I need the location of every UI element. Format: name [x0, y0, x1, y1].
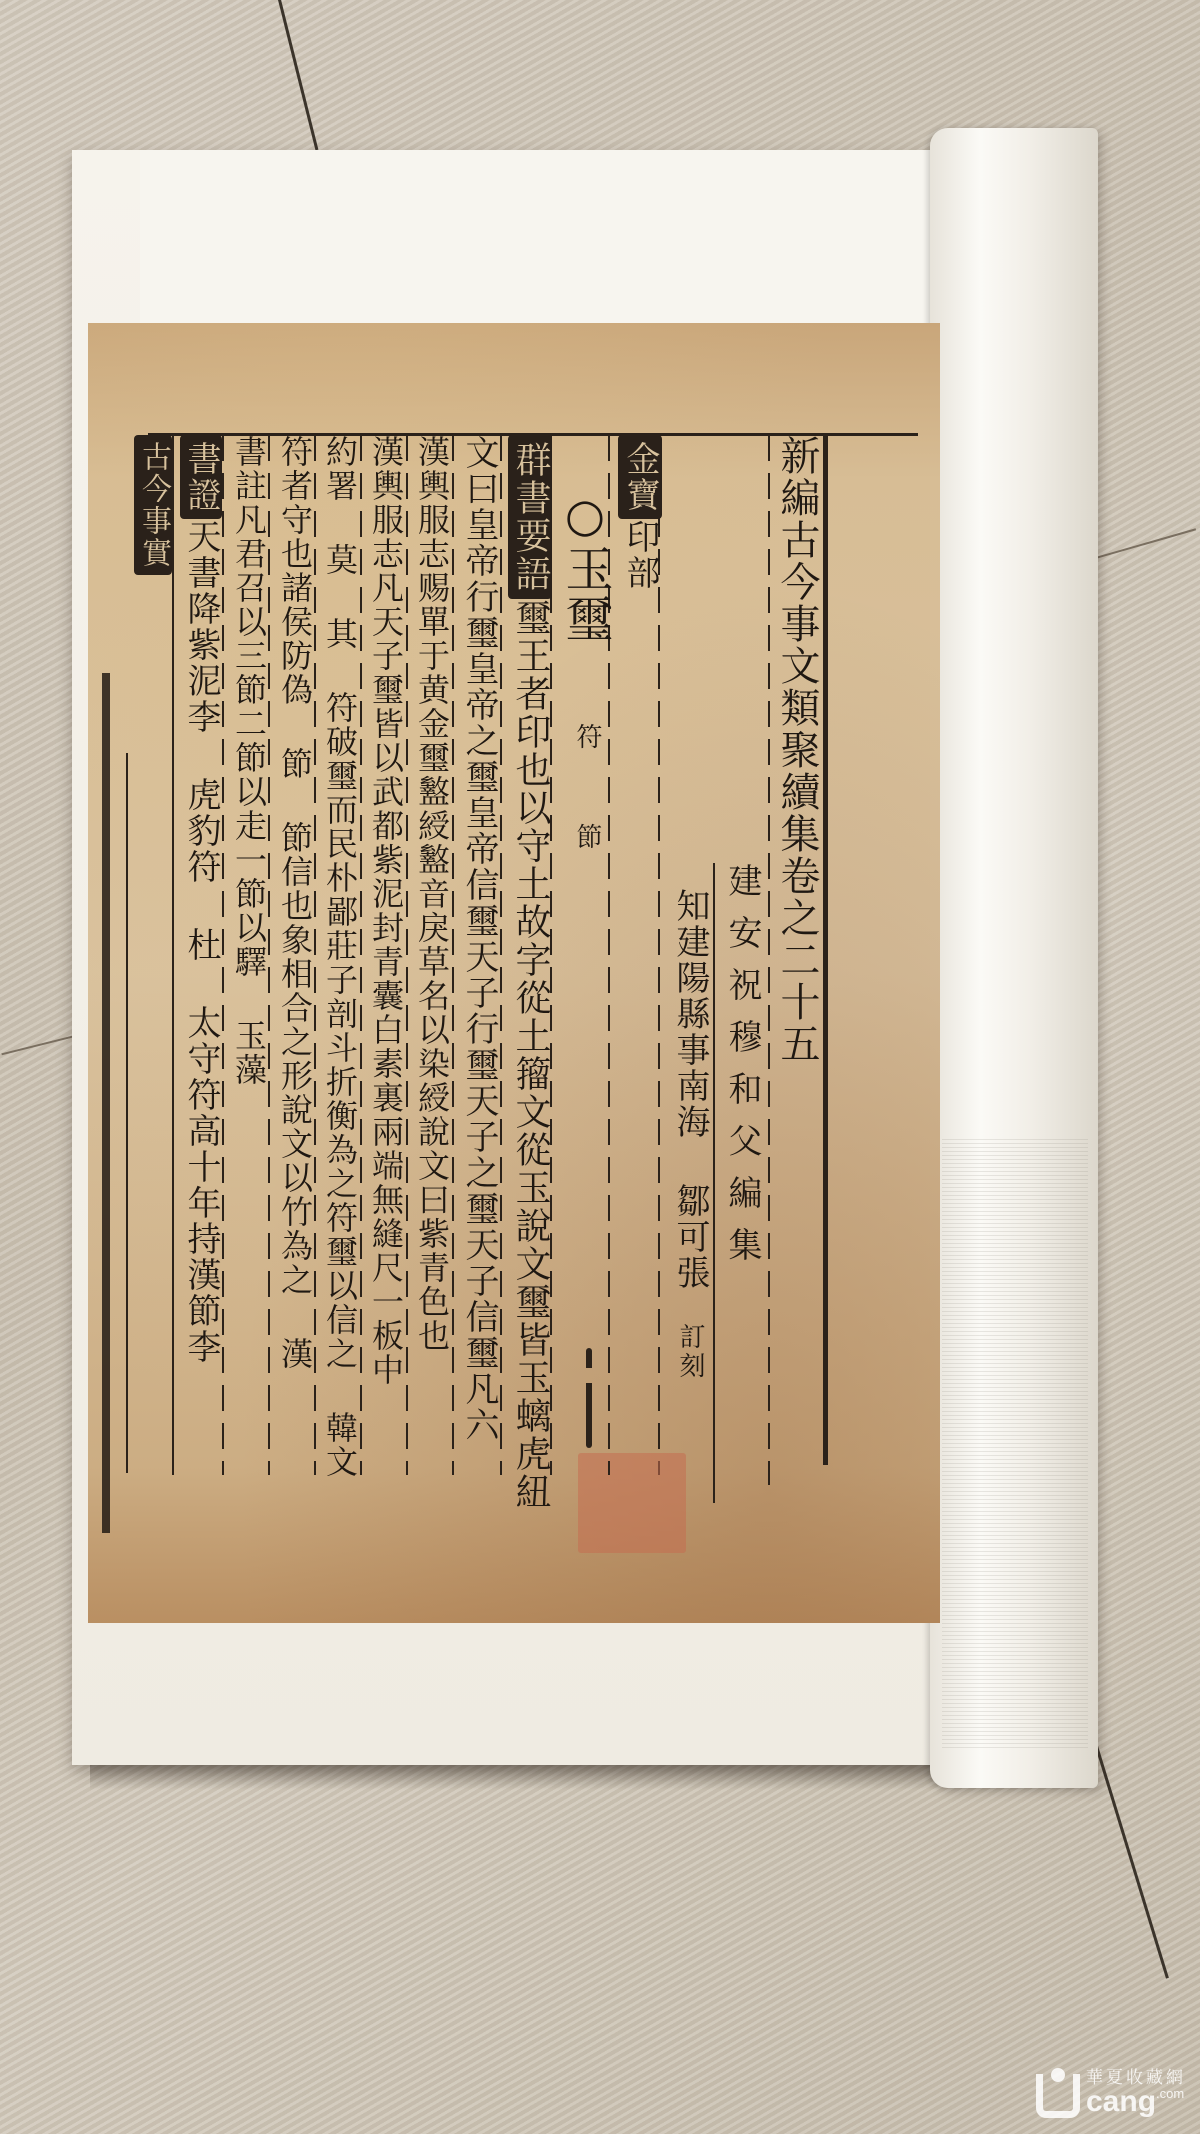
floor-seam	[1090, 1729, 1169, 1979]
column-rule	[713, 863, 715, 1503]
column-rule	[823, 435, 828, 1465]
publisher-line-part1: 知建陽縣事南海	[670, 888, 710, 1140]
body-column-5: 約署 莫 其 符破璽而民朴鄙莊子剖斗折衡為之符璽以信之 韓文	[322, 435, 358, 1479]
column-rule	[360, 435, 362, 1475]
body-column-7: 書註凡君召以三節二節以走一節以驛 玉藻	[230, 435, 268, 1087]
body-column-2: 文曰皇帝行璽皇帝之璽皇帝信璽天子行璽天子之璽天子信璽凡六	[460, 435, 498, 1443]
entry-circle-mark: ○	[558, 488, 612, 544]
body-column-1: 群書要語璽王者印也以守土故字從土籀文從玉說文璽皆玉螭虎紐	[508, 435, 552, 1511]
book-spine-roll	[930, 128, 1098, 1788]
column-rule	[768, 435, 770, 1485]
woodblock-page: 新編古今事文類聚續集卷之二十五 建安祝穆和父編集 知建陽縣事南海 鄒可張 訂刻 …	[88, 323, 940, 1623]
compiler-line: 建安祝穆和父編集	[722, 863, 762, 1279]
body-column-9: 古今事實	[134, 435, 172, 575]
volume-title: 新編古今事文類聚續集卷之二十五	[774, 435, 820, 1065]
column-rule	[172, 435, 174, 1475]
column-rule	[452, 435, 454, 1475]
source-tag: 書證	[180, 435, 222, 519]
entry-subtitle: 符 節	[573, 723, 601, 871]
body-text: 天書降紫泥李 虎豹符 杜 太守符高十年持漢節李	[181, 519, 221, 1365]
body-column-3: 漢輿服志赐單于黄金璽盭綬盭音戾草名以染綬說文曰紫青色也	[414, 435, 450, 1353]
fishtail-mark	[586, 1348, 592, 1448]
watermark-latin: cang.com	[1086, 2087, 1186, 2117]
source-tag: 古今事實	[134, 435, 172, 575]
body-column-6: 符者守也諸侯防偽 節 節信也象相合之形說文以竹為之 漢	[276, 435, 314, 1371]
column-rule	[314, 435, 316, 1475]
outer-border-rule	[102, 673, 110, 1533]
column-rule	[222, 435, 224, 1475]
section-heading-text: 印部	[620, 519, 660, 591]
site-watermark: 華夏收藏網 cang.com	[1036, 2068, 1186, 2118]
section-heading: 金寶印部	[618, 435, 662, 591]
body-text: 璽王者印也以守土故字從土籀文從玉說文璽皆玉螭虎紐	[510, 599, 551, 1511]
section-tag: 金寶	[618, 435, 662, 519]
entry-title: 玉璽	[557, 544, 613, 644]
column-rule	[126, 753, 128, 1473]
column-rule	[658, 435, 660, 1475]
red-seal-stamp	[578, 1453, 686, 1553]
source-tag: 群書要語	[508, 435, 552, 599]
publisher-line-part2: 鄒可張	[670, 1183, 710, 1291]
entry-heading: ○玉璽	[558, 488, 612, 644]
column-rule	[268, 435, 270, 1475]
mounting-paper-top-margin	[140, 150, 935, 325]
body-column-8: 書證天書降紫泥李 虎豹符 杜 太守符高十年持漢節李	[180, 435, 222, 1365]
publisher-line-part3: 訂刻	[676, 1323, 704, 1381]
floor-seam	[1085, 528, 1196, 562]
cang-logo-icon	[1036, 2068, 1080, 2118]
column-rule	[406, 435, 408, 1475]
body-column-4: 漢輿服志凡天子璽皆以武都紫泥封青囊白素裏兩端無縫尺一板中	[368, 435, 404, 1387]
floor-seam	[278, 0, 318, 150]
column-rule	[500, 435, 502, 1475]
